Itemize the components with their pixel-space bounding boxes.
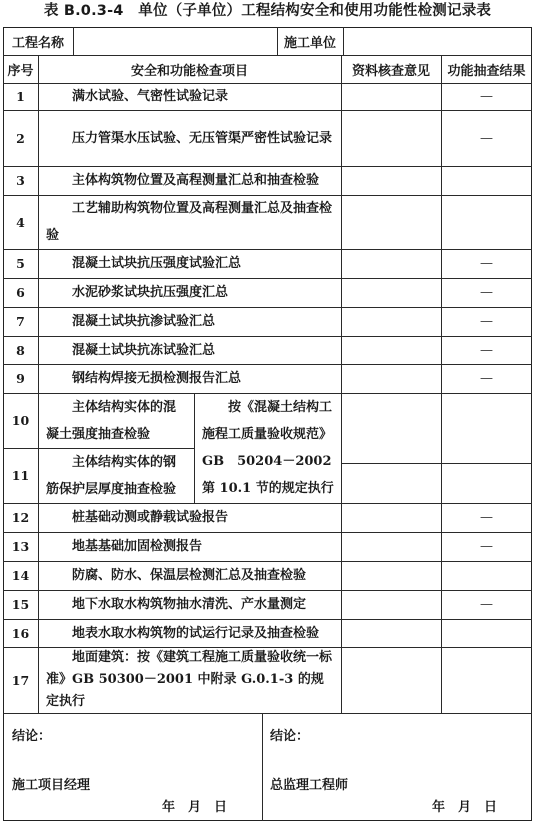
row-item: 钢结构焊接无损检测报告汇总: [38, 364, 341, 393]
project-name-field[interactable]: [73, 27, 277, 55]
form-title: 表 B.0.3-4 单位（子单位）工程结构安全和使用功能性检测记录表: [0, 0, 535, 24]
date-right: 年 月 日: [432, 796, 497, 815]
row-item: 防腐、防水、保温层检测汇总及抽查检验: [38, 561, 341, 590]
spot-check-cell[interactable]: —: [441, 364, 532, 393]
row-seq: 11: [3, 448, 38, 503]
spot-check-cell[interactable]: —: [441, 532, 532, 561]
spot-check-cell[interactable]: —: [441, 83, 532, 110]
spot-check-cell[interactable]: —: [441, 278, 532, 307]
row-item: 地面建筑：按《建筑工程施工质量验收统一标准》GB 50300－2001 中附录 …: [38, 647, 341, 713]
signer-label-right: 总监理工程师: [270, 774, 348, 793]
date-left: 年 月 日: [162, 796, 227, 815]
row-seq: 13: [3, 532, 38, 561]
row-seq: 6: [3, 278, 38, 307]
spot-check-cell[interactable]: —: [441, 503, 532, 532]
row-seq: 17: [3, 647, 38, 713]
row-item: 主体结构实体的钢筋保护层厚度抽查检验: [38, 448, 194, 503]
row-seq: 10: [3, 393, 38, 448]
row-seq: 8: [3, 336, 38, 364]
row-item: 压力管渠水压试验、无压管渠严密性试验记录: [38, 110, 341, 166]
header-seq: 序号: [3, 55, 38, 83]
row-item: 水泥砂浆试块抗压强度汇总: [38, 278, 341, 307]
divider: [341, 55, 342, 713]
row-item: 混凝土试块抗冻试验汇总: [38, 336, 341, 364]
row-item: 桩基础动测或静载试验报告: [38, 503, 341, 532]
spot-check-cell[interactable]: —: [441, 307, 532, 336]
row-item: 满水试验、气密性试验记录: [38, 83, 341, 110]
row-item: 地下水取水构筑物抽水清洗、产水量测定: [38, 590, 341, 619]
row-seq: 2: [3, 110, 38, 166]
conclusion-label-left: 结论：: [12, 725, 51, 744]
header-item: 安全和功能检查项目: [38, 55, 341, 83]
signer-label-left: 施工项目经理: [12, 774, 90, 793]
row-seq: 15: [3, 590, 38, 619]
spot-check-cell[interactable]: —: [441, 590, 532, 619]
project-name-label: 工程名称: [3, 27, 73, 55]
row-seq: 12: [3, 503, 38, 532]
row-item: 主体结构实体的混凝土强度抽查检验: [38, 393, 194, 448]
divider: [3, 713, 532, 714]
conclusion-label-right: 结论：: [270, 725, 309, 744]
row-item: 地表水取水构筑物的试运行记录及抽查检验: [38, 619, 341, 647]
row-seq: 14: [3, 561, 38, 590]
row-seq: 16: [3, 619, 38, 647]
spot-check-cell[interactable]: —: [441, 336, 532, 364]
row-item: 地基基础加固检测报告: [38, 532, 341, 561]
divider: [341, 463, 532, 464]
row-item: 工艺辅助构筑物位置及高程测量汇总及抽查检验: [38, 195, 341, 249]
row-item: 混凝土试块抗渗试验汇总: [38, 307, 341, 336]
row-seq: 3: [3, 166, 38, 195]
contractor-label: 施工单位: [277, 27, 343, 55]
header-spot-check: 功能抽查结果: [441, 55, 532, 83]
merged-note-10-11: 按《混凝土结构工施程工质量验收规范》GB 50204－2002 第 10.1 节…: [194, 393, 341, 503]
contractor-field[interactable]: [343, 27, 532, 55]
row-item: 主体构筑物位置及高程测量汇总和抽查检验: [38, 166, 341, 195]
row-item: 混凝土试块抗压强度试验汇总: [38, 249, 341, 278]
spot-check-cell[interactable]: —: [441, 110, 532, 166]
row-seq: 5: [3, 249, 38, 278]
row-seq: 7: [3, 307, 38, 336]
spot-check-cell[interactable]: —: [441, 249, 532, 278]
header-doc-review: 资料核查意见: [341, 55, 441, 83]
row-seq: 4: [3, 195, 38, 249]
row-seq: 9: [3, 364, 38, 393]
divider: [262, 713, 263, 821]
row-seq: 1: [3, 83, 38, 110]
